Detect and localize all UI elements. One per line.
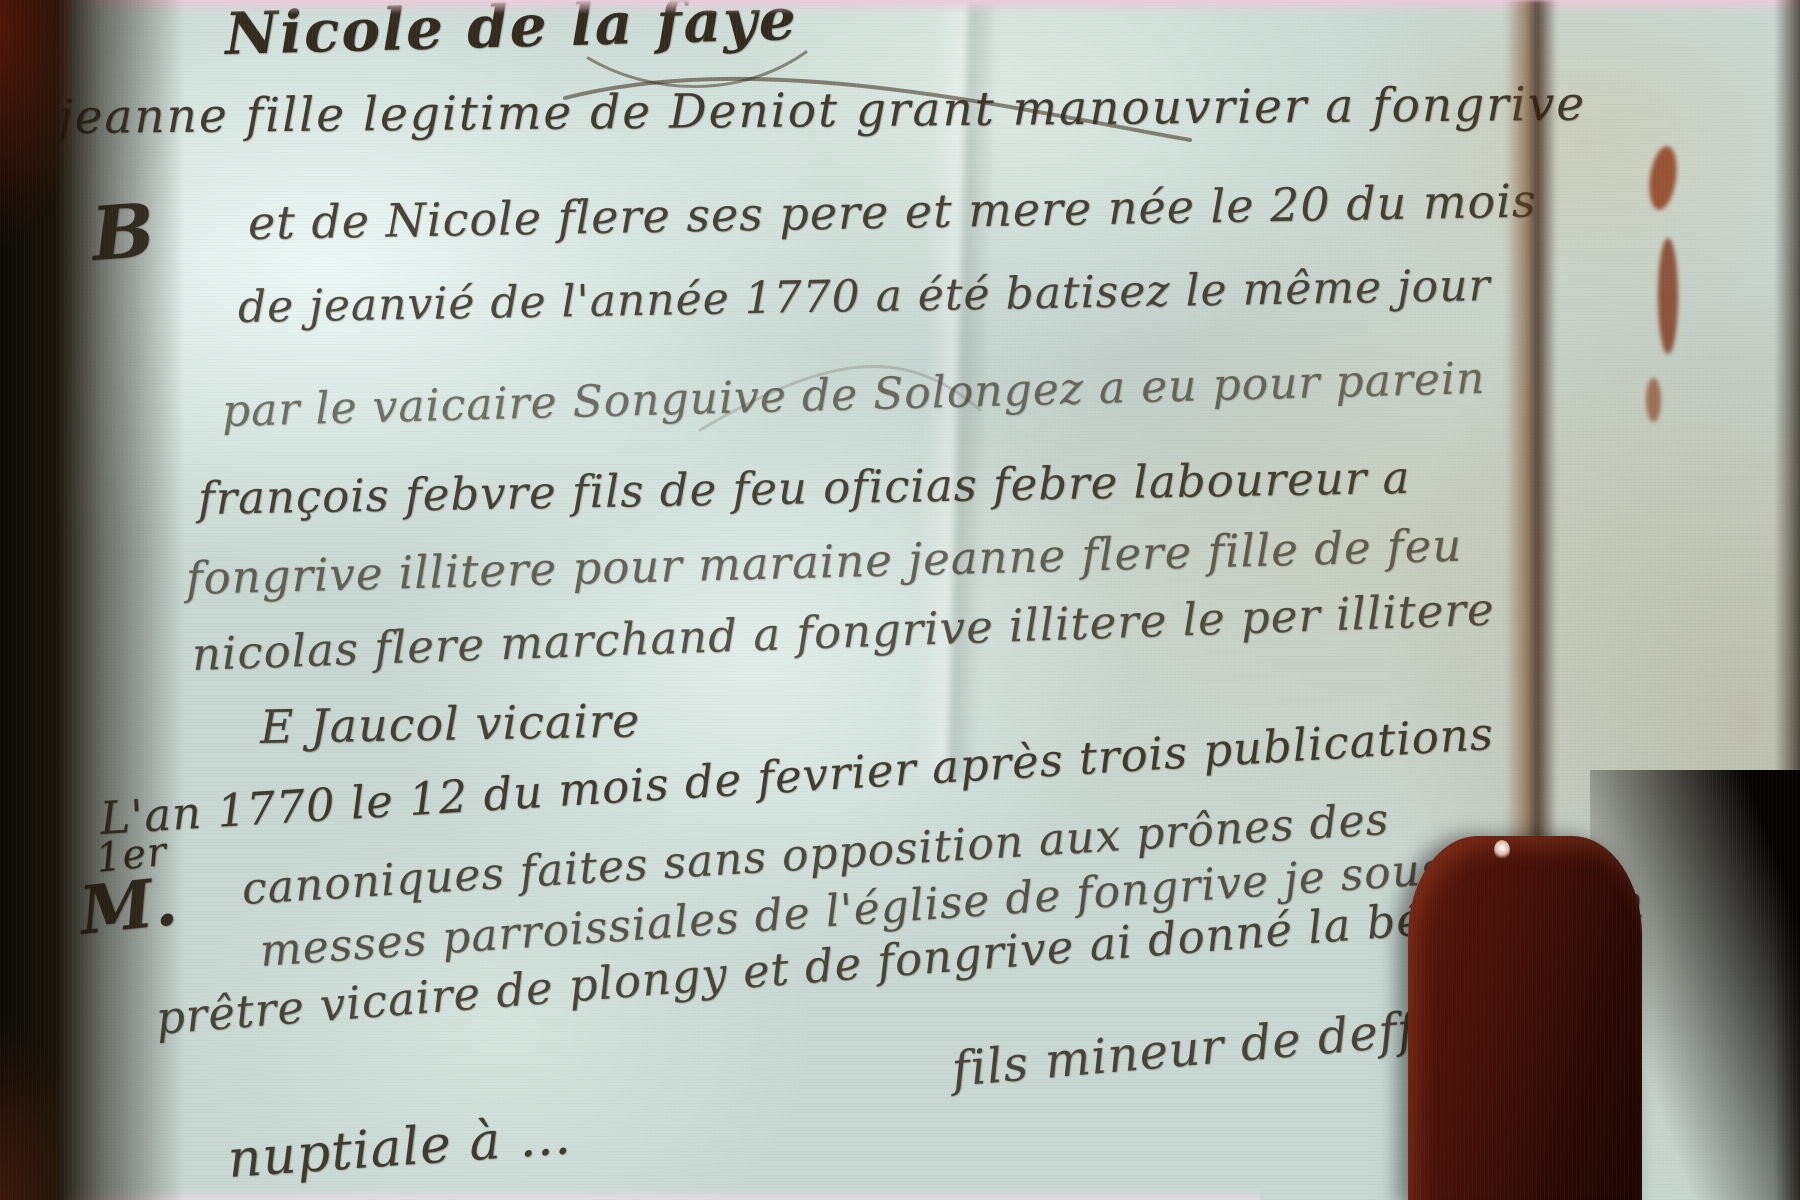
book-spine-streak: [1505, 0, 1557, 860]
binding-leather-edge-bottom: [0, 1000, 60, 1200]
leather-clasp: [1408, 836, 1642, 1200]
rust-stain: [1646, 145, 1681, 212]
baptism-line-1: jeanne fille legitime de Deniot grant ma…: [58, 77, 1587, 145]
photo-bottom-light-strip: [0, 1188, 1260, 1200]
manuscript-photo: Nicole de la faye B 1er M. jeanne fille …: [0, 0, 1800, 1200]
binding-leather-edge-top: [0, 0, 70, 260]
rust-stain: [1646, 378, 1661, 422]
baptism-line-3: de jeanvié de l'année 1770 a été batisez…: [238, 260, 1491, 333]
clasp-highlight: [1494, 840, 1510, 860]
baptism-line-4: par le vaicaire Songuive de Solongez a e…: [221, 353, 1486, 437]
rust-stain: [1658, 238, 1678, 354]
baptism-signature-vicaire: E Jaucol vicaire: [260, 693, 641, 754]
baptism-line-2: et de Nicole flere ses pere et mere née …: [248, 174, 1537, 250]
baptism-line-5: françois febvre fils de feu oficias febr…: [198, 451, 1411, 525]
marriage-line-5-partial: nuptiale à …: [226, 1106, 574, 1190]
